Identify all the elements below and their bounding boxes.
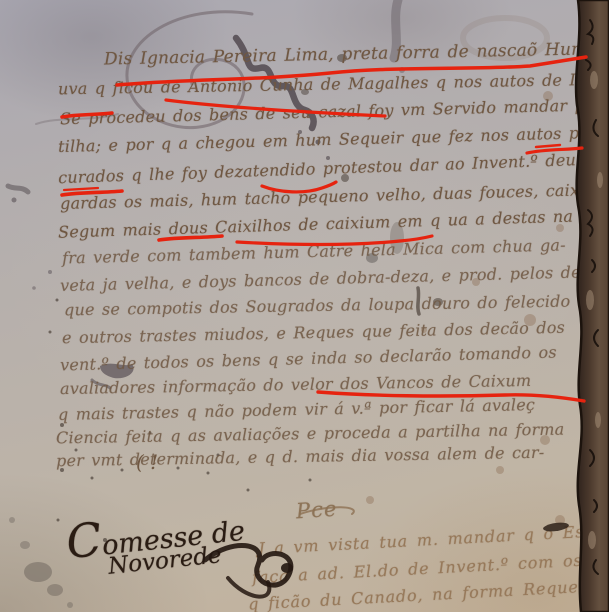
red-underline-seu-pro-2	[536, 145, 560, 147]
red-underline-velor-vancos	[318, 392, 584, 401]
red-underline-protestou	[262, 182, 336, 192]
petition-ink-dash	[543, 521, 570, 533]
manuscript-page: Dis Ignacia Pereira Lima, preta forra de…	[0, 0, 609, 612]
signature-flourish	[205, 545, 293, 596]
red-underline-caixilhos	[237, 236, 432, 245]
red-underline-name-phrase	[117, 57, 586, 85]
annotation-layer	[0, 0, 609, 612]
red-underlines	[62, 57, 586, 401]
binding-edge-strip	[576, 0, 609, 612]
red-underline-curados	[62, 191, 122, 195]
petition-swash	[300, 507, 354, 514]
red-underline-uva	[62, 113, 112, 117]
red-underline-seu-pro	[527, 148, 582, 153]
red-underline-curados-2	[64, 188, 98, 190]
red-underline-dous	[159, 236, 222, 240]
red-underline-antonio	[166, 100, 385, 116]
